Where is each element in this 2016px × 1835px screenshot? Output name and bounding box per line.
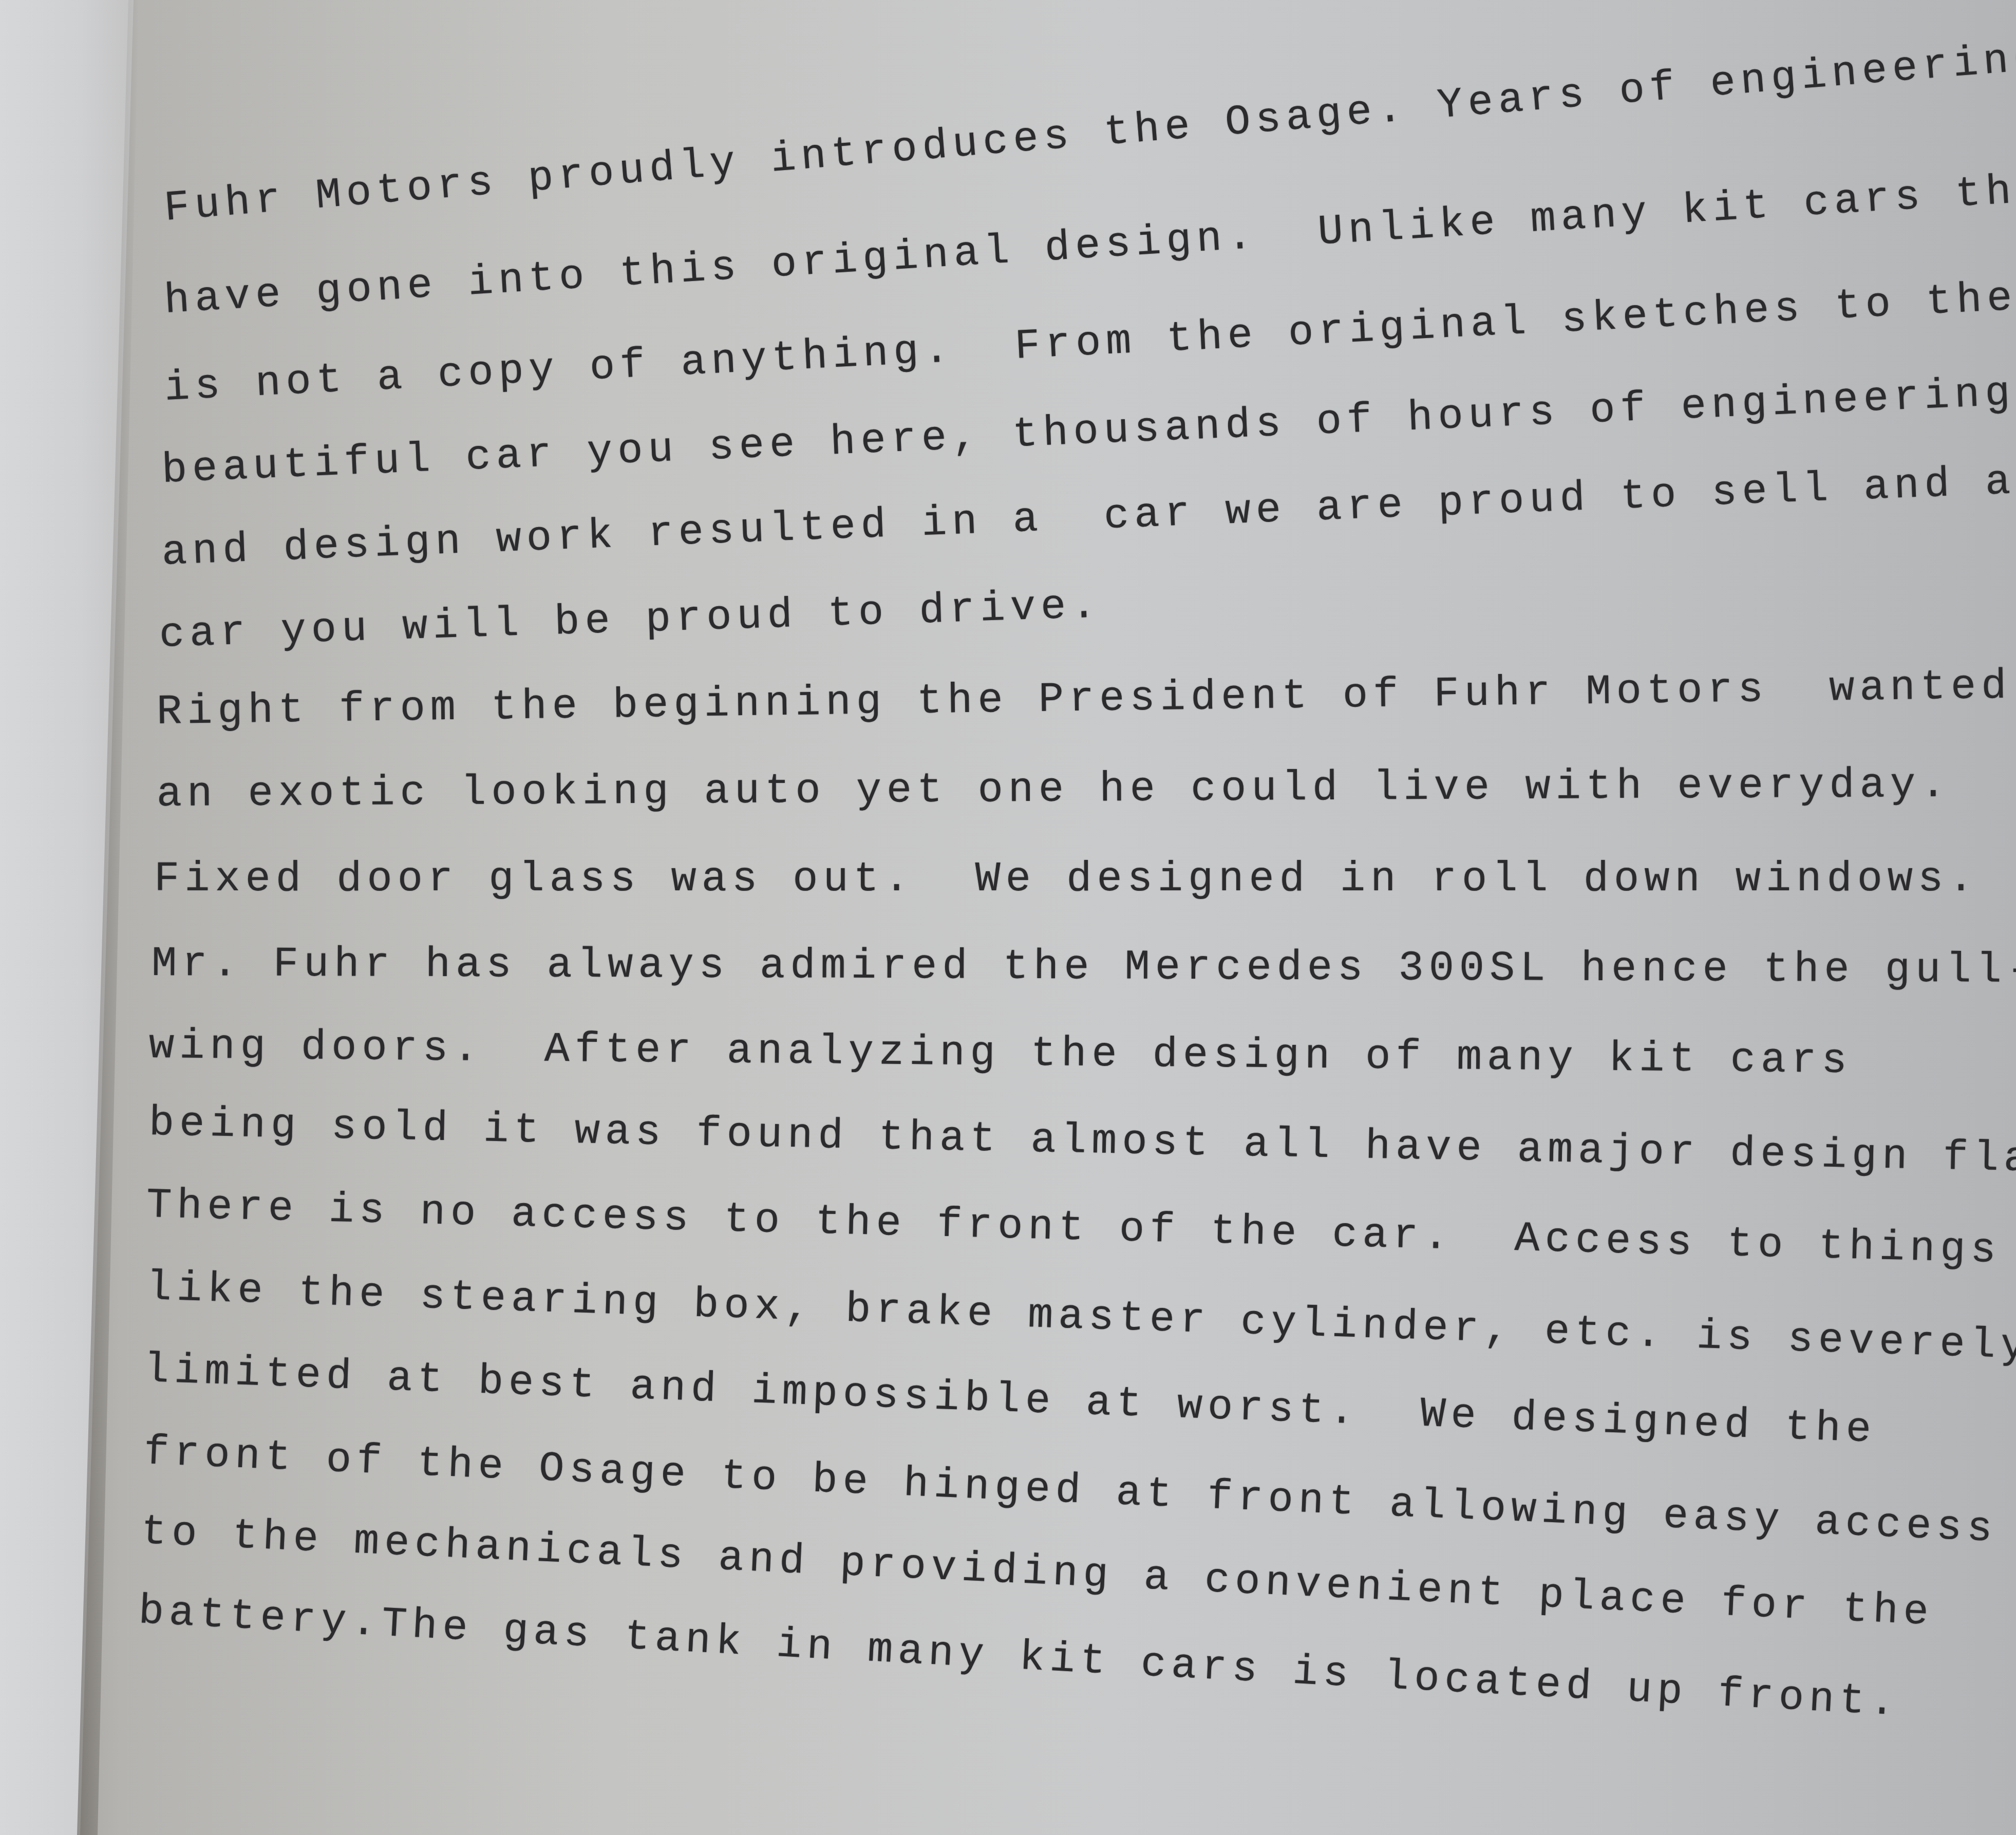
text-line: Fixed door glass was out. We designed in… [154, 855, 1979, 903]
photo-scene: Fuhr Motors proudly introduces the Osage… [0, 0, 2016, 1835]
text-line: like the stearing box, brake master cyli… [146, 1264, 2016, 1371]
typewritten-text: Fuhr Motors proudly introduces the Osage… [0, 0, 2016, 1835]
text-line: There is no access to the front of the c… [146, 1182, 2002, 1275]
text-line: being sold it was found that almost all … [148, 1099, 2016, 1185]
text-line: car you will be proud to drive. [159, 582, 1102, 659]
text-line: limited at best and impossible at worst.… [143, 1346, 1877, 1454]
text-line: wing doors. After analyzing the design o… [149, 1022, 1852, 1085]
text-line: an exotic looking auto yet one he could … [157, 761, 1951, 818]
text-line: Right from the beginning the President o… [156, 663, 2012, 736]
text-line: Mr. Fuhr has always admired the Mercedes… [152, 940, 2016, 995]
